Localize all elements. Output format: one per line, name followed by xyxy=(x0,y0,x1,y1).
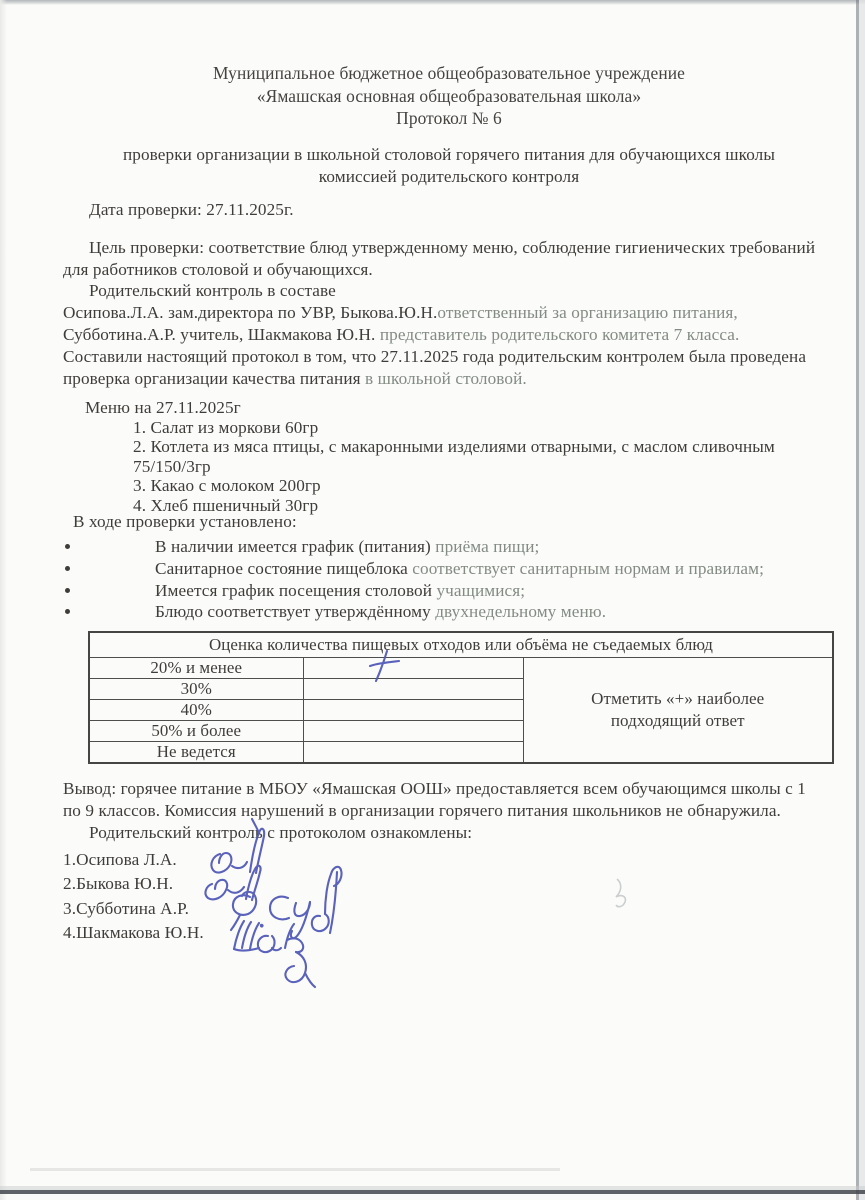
conclusion-block: Вывод: горячее питание в МБОУ «Ямашская … xyxy=(63,778,806,843)
purpose-line1: Цель проверки: соответствие блюд утвержд… xyxy=(63,237,815,259)
commission-line2-main: Субботина.А.Р. учитель, Шакмакова Ю.Н. xyxy=(63,325,380,344)
finding-2-main: Санитарное состояние пищеблока xyxy=(155,559,412,578)
signatory-1: 1.Осипова Л.А. xyxy=(63,848,204,872)
commission-line1: Осипова.Л.А. зам.директора по УВР, Быков… xyxy=(63,302,806,324)
commission-line1-tail: ответственный за организацию питания, xyxy=(437,303,737,322)
commission-line3: Составили настоящий протокол в том, что … xyxy=(63,346,806,368)
finding-item: Блюдо соответствует утверждённому двухне… xyxy=(63,601,764,623)
menu-item-1: 1. Салат из моркови 60гр xyxy=(63,418,775,438)
bullet-icon xyxy=(65,609,70,614)
date-block: Дата проверки: 27.11.2025г. xyxy=(63,200,294,220)
signatory-3: 3.Субботина А.Р. xyxy=(63,897,204,921)
document-header: Муниципальное бюджетное общеобразователь… xyxy=(63,62,835,130)
menu-item-3: 3. Какао с молоком 200гр xyxy=(63,476,775,496)
table-mark-cell xyxy=(303,741,523,763)
commission-line4: проверка организации качества питания в … xyxy=(63,368,806,390)
finding-item: Имеется график посещения столовой учащим… xyxy=(63,580,764,602)
finding-1-tail: приёма пищи; xyxy=(435,537,539,556)
commission-block: Родительский контроль в составе Осипова.… xyxy=(63,280,806,390)
finding-4-main: Блюдо соответствует утверждённому xyxy=(155,602,435,621)
menu-block: Меню на 27.11.2025г 1. Салат из моркови … xyxy=(63,398,775,516)
bullet-icon xyxy=(65,544,70,549)
findings-list: В наличии имеется график (питания) приём… xyxy=(63,536,764,623)
table-header: Оценка количества пищевых отходов или об… xyxy=(89,632,833,657)
finding-2-tail: соответствует санитарным нормам и правил… xyxy=(412,559,764,578)
document-subtitle: проверки организации в школьной столовой… xyxy=(63,144,835,187)
table-mark-cell xyxy=(303,699,523,720)
scan-smear xyxy=(30,1168,560,1171)
org-name-line1: Муниципальное бюджетное общеобразователь… xyxy=(63,62,835,85)
findings-heading-block: В ходе проверки установлено: xyxy=(63,512,297,532)
table-row-label: 50% и более xyxy=(89,720,303,741)
signature-bykova xyxy=(205,866,260,900)
signatory-2: 2.Быкова Ю.Н. xyxy=(63,872,204,896)
table-mark-cell xyxy=(303,678,523,699)
protocol-number: Протокол № 6 xyxy=(63,107,835,130)
table-mark-cell xyxy=(303,657,523,678)
finding-3-main: Имеется график посещения столовой xyxy=(155,581,436,600)
scan-edge-left xyxy=(0,0,7,1200)
finding-4-tail: двухнедельному меню. xyxy=(435,602,606,621)
menu-item-2-portion: 75/150/3гр xyxy=(63,457,775,477)
purpose-line2: для работников столовой и обучающихся. xyxy=(63,259,815,281)
findings-heading: В ходе проверки установлено: xyxy=(73,512,297,532)
table-row-label: Не ведется xyxy=(89,741,303,763)
table-mark-cell xyxy=(303,720,523,741)
table-note-line2: подходящий ответ xyxy=(524,710,833,732)
commission-line4-main: проверка организации качества питания xyxy=(63,369,365,388)
table-row-label: 30% xyxy=(89,678,303,699)
table-note: Отметить «+» наиболее подходящий ответ xyxy=(523,657,833,763)
finding-3-tail: учащимися; xyxy=(436,581,525,600)
table-row-label: 40% xyxy=(89,699,303,720)
signatory-4: 4.Шакмакова Ю.Н. xyxy=(63,921,204,945)
commission-line2-tail: представитель родительского комитета 7 к… xyxy=(380,325,740,344)
commission-intro: Родительский контроль в составе xyxy=(63,280,806,302)
finding-1-main: В наличии имеется график (питания) xyxy=(155,537,435,556)
scan-edge-right-soft xyxy=(859,0,865,1200)
scanned-protocol-page: Муниципальное бюджетное общеобразователь… xyxy=(0,0,865,1200)
subtitle-line2: комиссией родительского контроля xyxy=(63,166,835,188)
pencil-smudge xyxy=(616,879,625,907)
menu-title: Меню на 27.11.2025г xyxy=(63,398,775,418)
bullet-icon xyxy=(65,588,70,593)
conclusion-line2: по 9 классов. Комиссия нарушений в орган… xyxy=(63,800,806,822)
finding-item: Санитарное состояние пищеблока соответст… xyxy=(63,558,764,580)
waste-assessment-table: Оценка количества пищевых отходов или об… xyxy=(88,631,834,764)
signatories-list: 1.Осипова Л.А. 2.Быкова Ю.Н. 3.Субботина… xyxy=(63,848,204,946)
table-note-line1: Отметить «+» наиболее xyxy=(524,688,833,710)
scan-edge-bottom-line xyxy=(0,1190,865,1194)
commission-line4-tail: в школьной столовой. xyxy=(365,369,527,388)
menu-item-2: 2. Котлета из мяса птицы, с макаронными … xyxy=(63,437,775,457)
org-name-line2: «Ямашская основная общеобразовательная ш… xyxy=(63,85,835,108)
scan-edge-top xyxy=(0,0,865,5)
finding-item: В наличии имеется график (питания) приём… xyxy=(63,536,764,558)
bullet-icon xyxy=(65,566,70,571)
subtitle-line1: проверки организации в школьной столовой… xyxy=(63,144,835,166)
commission-line2: Субботина.А.Р. учитель, Шакмакова Ю.Н. п… xyxy=(63,324,806,346)
scan-edge-right-line xyxy=(856,0,859,1200)
table-row-label: 20% и менее xyxy=(89,657,303,678)
inspection-date: Дата проверки: 27.11.2025г. xyxy=(63,200,294,220)
purpose-block: Цель проверки: соответствие блюд утвержд… xyxy=(63,237,815,280)
signature-subbotina xyxy=(231,867,342,938)
conclusion-line1: Вывод: горячее питание в МБОУ «Ямашская … xyxy=(63,778,806,800)
signature-shakmakova xyxy=(234,921,315,987)
commission-line1-main: Осипова.Л.А. зам.директора по УВР, Быков… xyxy=(63,303,437,322)
conclusion-line3: Родительский контроль с протоколом ознак… xyxy=(63,822,806,844)
